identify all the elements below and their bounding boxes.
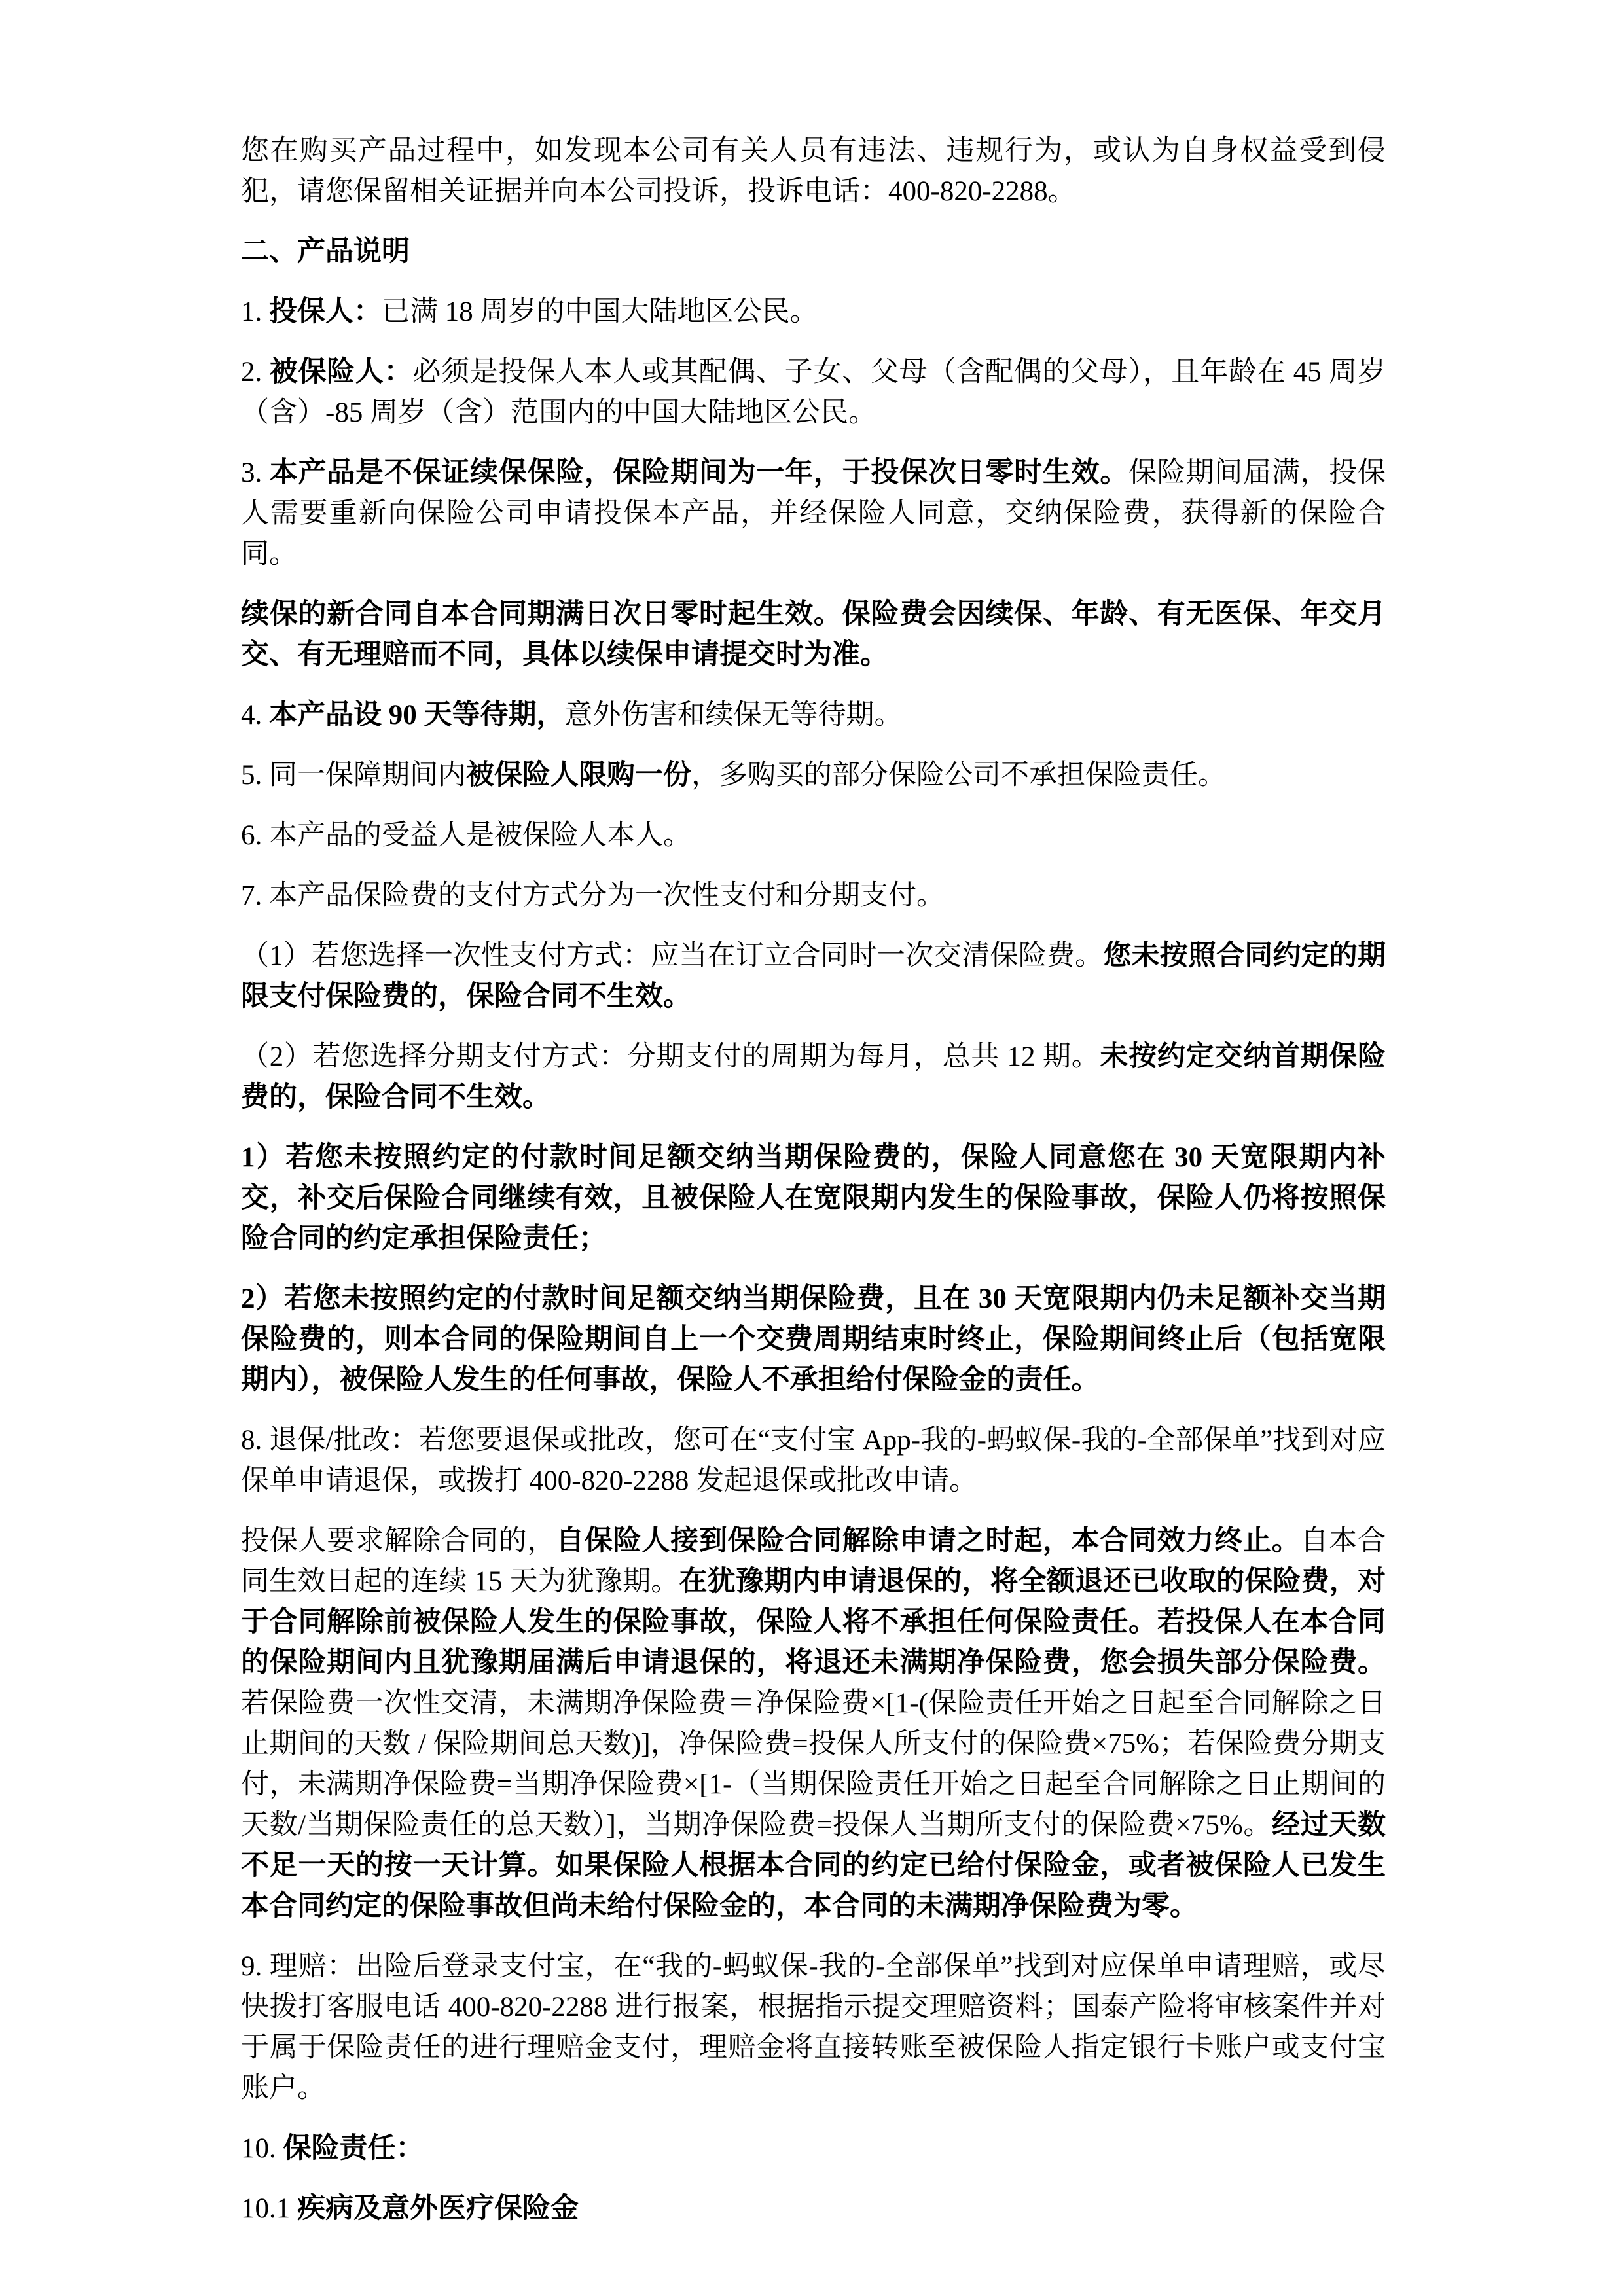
sub-item-lump-sum-payment: （1）若您选择一次性支付方式：应当在订立合同时一次交清保险费。您未按照合同约定的… <box>241 936 1386 1017</box>
text-run: 投保人要求解除合同的， <box>241 1526 556 1556</box>
list-item-3-renewal: 3. 本产品是不保证续保保险，保险期间为一年，于投保次日零时生效。保险期间届满，… <box>241 453 1386 575</box>
emphasis-run: 2）若您未按照约定的付款时间足额交纳当期保险费，且在 30 天宽限期内仍未足额补… <box>241 1283 1386 1395</box>
document-page: 您在购买产品过程中，如发现本公司有关人员有违法、违规行为，或认为自身权益受到侵犯… <box>0 0 1624 2296</box>
emphasis-run: 自保险人接到保险合同解除申请之时起，本合同效力终止。 <box>556 1526 1300 1556</box>
list-item-1-policyholder: 1. 投保人：已满 18 周岁的中国大陆地区公民。 <box>241 292 1386 332</box>
emphasis-run: 续保的新合同自本合同期满日次日零时起生效。保险费会因续保、年龄、有无医保、年交月… <box>241 599 1386 670</box>
list-number: 10.1 <box>241 2193 297 2224</box>
list-number: 3. <box>241 457 270 488</box>
text-run: 6. 本产品的受益人是被保险人本人。 <box>241 820 691 851</box>
renewal-effective-paragraph: 续保的新合同自本合同期满日次日零时起生效。保险费会因续保、年龄、有无医保、年交月… <box>241 594 1386 675</box>
heading-10-1-medical-benefit: 10.1 疾病及意外医疗保险金 <box>241 2189 1386 2229</box>
list-number: 1. <box>241 296 269 327</box>
heading-text: 疾病及意外医疗保险金 <box>297 2193 579 2224</box>
heading-text: 二、产品说明 <box>241 236 410 267</box>
list-number: 2. <box>241 357 270 387</box>
list-number: 4. <box>241 700 269 730</box>
text-run: ，多购买的部分保险公司不承担保险责任。 <box>691 760 1226 791</box>
list-item-7-payment-methods: 7. 本产品保险费的支付方式分为一次性支付和分期支付。 <box>241 876 1386 916</box>
emphasis-run: 被保险人限购一份 <box>466 760 691 791</box>
heading-text: 保险责任： <box>283 2133 424 2164</box>
sub-item-installment-payment: （2）若您选择分期支付方式：分期支付的周期为每月，总共 12 期。未按约定交纳首… <box>241 1037 1386 1118</box>
list-item-8-surrender: 8. 退保/批改：若您要退保或批改，您可在“支付宝 App-我的-蚂蚁保-我的-… <box>241 1420 1386 1501</box>
text-run: 8. 退保/批改：若您要退保或批改，您可在“支付宝 App-我的-蚂蚁保-我的-… <box>241 1425 1386 1496</box>
text-run: 您在购买产品过程中，如发现本公司有关人员有违法、违规行为，或认为自身权益受到侵犯… <box>241 135 1386 207</box>
text-run: 必须是投保人本人或其配偶、子女、父母（含配偶的父母），且年龄在 45 周岁（含）… <box>241 357 1386 428</box>
list-number: 10. <box>241 2133 283 2164</box>
term-label: 投保人： <box>269 296 382 327</box>
emphasis-run: 1）若您未按照约定的付款时间足额交纳当期保险费的，保险人同意您在 30 天宽限期… <box>241 1142 1386 1254</box>
text-run: 已满 18 周岁的中国大陆地区公民。 <box>382 296 818 327</box>
grace-period-clause-1: 1）若您未按照约定的付款时间足额交纳当期保险费的，保险人同意您在 30 天宽限期… <box>241 1138 1386 1259</box>
list-item-2-insured: 2. 被保险人：必须是投保人本人或其配偶、子女、父母（含配偶的父母），且年龄在 … <box>241 352 1386 433</box>
emphasis-run: 本产品是不保证续保保险，保险期间为一年，于投保次日零时生效。 <box>270 457 1128 488</box>
emphasis-run: 本产品设 90 天等待期， <box>269 700 565 730</box>
text-run: 意外伤害和续保无等待期。 <box>565 700 903 730</box>
list-item-5-purchase-limit: 5. 同一保障期间内被保险人限购一份，多购买的部分保险公司不承担保险责任。 <box>241 755 1386 796</box>
list-item-10-liability-heading: 10. 保险责任： <box>241 2128 1386 2169</box>
grace-period-clause-2: 2）若您未按照约定的付款时间足额交纳当期保险费，且在 30 天宽限期内仍未足额补… <box>241 1279 1386 1401</box>
intro-paragraph: 您在购买产品过程中，如发现本公司有关人员有违法、违规行为，或认为自身权益受到侵犯… <box>241 131 1386 212</box>
surrender-refund-paragraph: 投保人要求解除合同的，自保险人接到保险合同解除申请之时起，本合同效力终止。自本合… <box>241 1521 1386 1927</box>
text-run: 9. 理赔：出险后登录支付宝，在“我的-蚂蚁保-我的-全部保单”找到对应保单申请… <box>241 1951 1386 2104</box>
list-item-4-waiting-period: 4. 本产品设 90 天等待期，意外伤害和续保无等待期。 <box>241 695 1386 736</box>
section-heading-product-description: 二、产品说明 <box>241 232 1386 272</box>
list-item-9-claims: 9. 理赔：出险后登录支付宝，在“我的-蚂蚁保-我的-全部保单”找到对应保单申请… <box>241 1946 1386 2109</box>
term-label: 被保险人： <box>270 357 413 387</box>
text-run: （2）若您选择分期支付方式：分期支付的周期为每月，总共 12 期。 <box>241 1041 1100 1072</box>
list-item-6-beneficiary: 6. 本产品的受益人是被保险人本人。 <box>241 816 1386 856</box>
formula-run: 若保险费一次性交清，未满期净保险费＝净保险费×[1-(保险责任开始之日起至合同解… <box>241 1688 1386 1840</box>
text-run: 5. 同一保障期间内 <box>241 760 466 791</box>
text-run: 7. 本产品保险费的支付方式分为一次性支付和分期支付。 <box>241 880 945 911</box>
text-run: （1）若您选择一次性支付方式：应当在订立合同时一次交清保险费。 <box>241 941 1103 971</box>
